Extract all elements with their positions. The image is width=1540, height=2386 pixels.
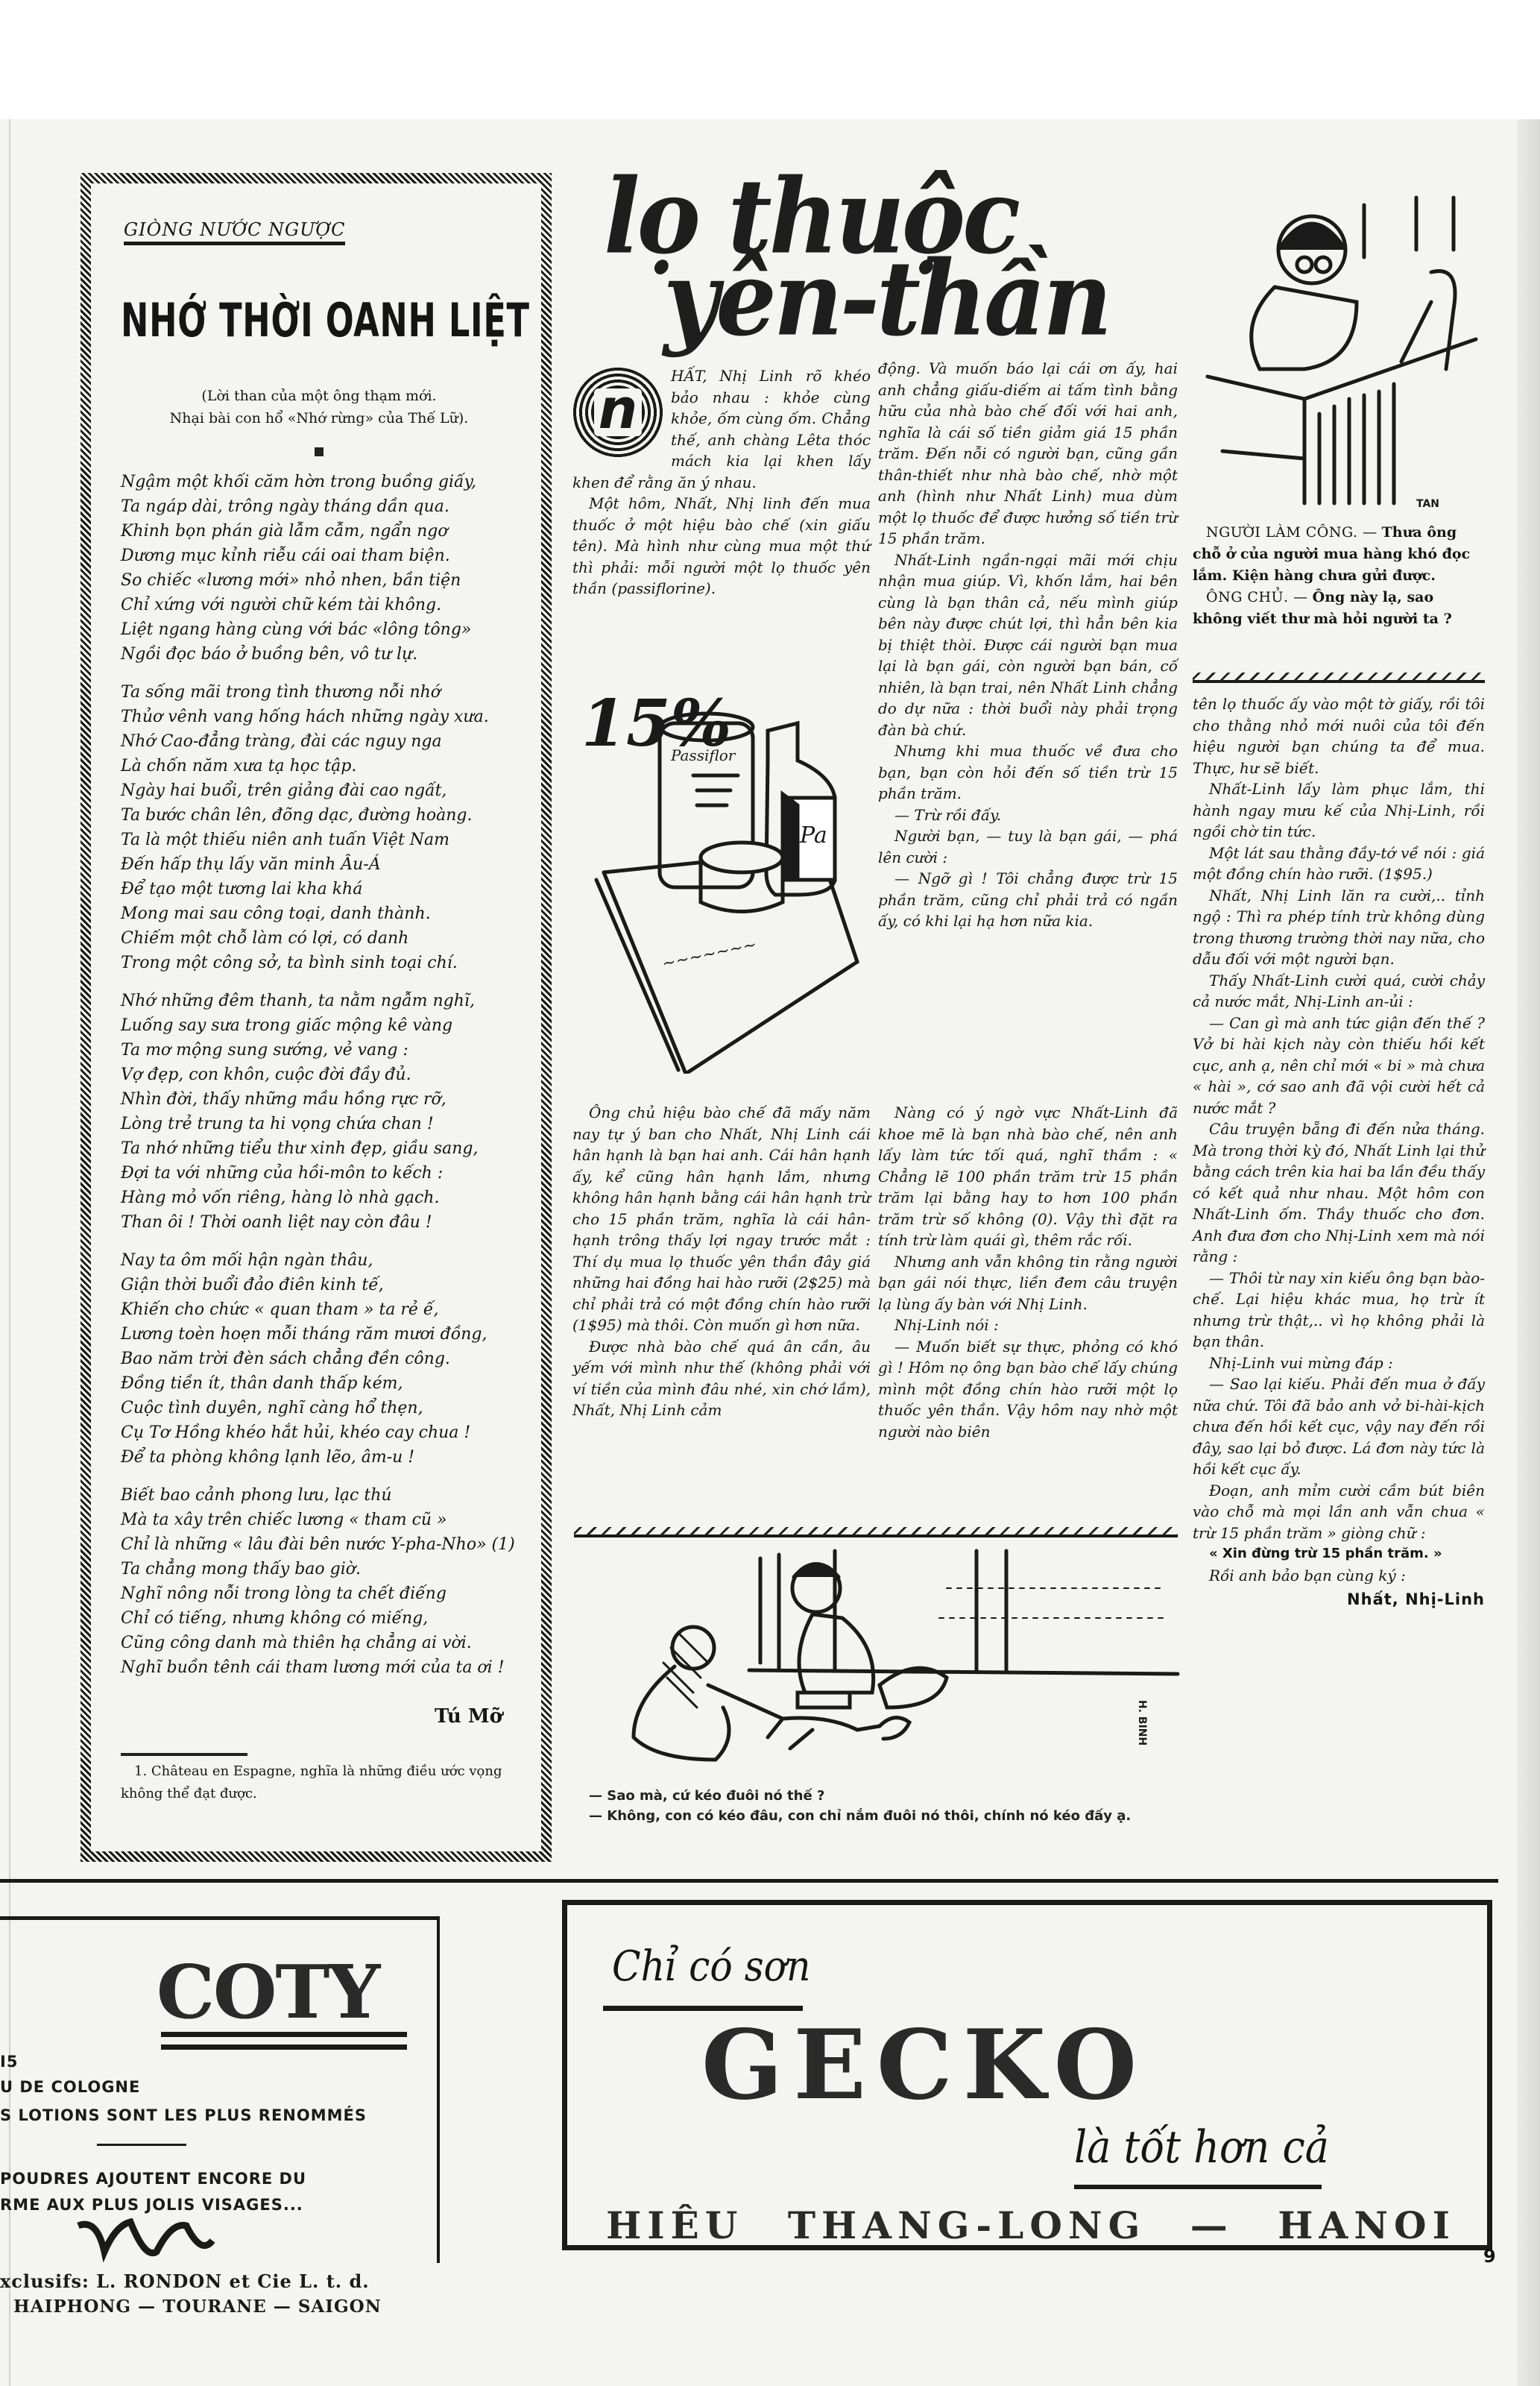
poem-line: Cụ Tơ Hồng khéo hắt hủi, khéo cay chua ! bbox=[121, 1420, 517, 1445]
poem-line: Để tạo một tương lai kha khá bbox=[121, 877, 517, 901]
cat-tail-cartoon: H. BINH bbox=[589, 1543, 1185, 1782]
poem-line: Đồng tiền ít, thân danh thấp kém, bbox=[121, 1371, 517, 1396]
poem-line: Ta mơ mộng sung sướng, vẻ vang : bbox=[121, 1038, 517, 1063]
poem-line: Ta chẳng mong thấy bao giờ. bbox=[121, 1557, 517, 1581]
cat-illustration-icon: H. BINH bbox=[589, 1543, 1185, 1782]
cat-cartoon-caption: — Sao mà, cứ kéo đuôi nó thế ? — Không, … bbox=[589, 1786, 1185, 1826]
story-paragraph: Một lát sau thằng đầy-tớ về nói : giá mộ… bbox=[1193, 843, 1485, 885]
coty-ad-line: RME AUX PLUS JOLIS VISAGES... bbox=[0, 2196, 303, 2214]
poem-line: Chỉ có tiếng, nhưng không có miếng, bbox=[121, 1606, 517, 1631]
poem-line: Luống say sưa trong giấc mộng kê vàng bbox=[121, 1013, 517, 1038]
story-paragraph: Nhưng anh vẫn không tin rằng người bạn g… bbox=[878, 1251, 1178, 1315]
gecko-tagline: là tốt hơn cả bbox=[1074, 2121, 1329, 2173]
poem-line: Mà ta xây trên chiếc lương « tham cũ » bbox=[121, 1508, 517, 1532]
medicine-jars-illustration: 15% Passiflor Pa ~~~~~~~ bbox=[574, 656, 872, 1074]
medicine-bottle-icon: 15% Passiflor Pa ~~~~~~~ bbox=[574, 656, 872, 1074]
story-column-1: n HẤT, Nhị Linh rõ khéo bảo nhau : khỏe … bbox=[572, 365, 871, 599]
poem-stanza: Ngậm một khối căm hờn trong buồng giấy,T… bbox=[121, 470, 517, 667]
poem-line: Nhìn đời, thấy những mầu hồng rực rỡ, bbox=[121, 1087, 517, 1112]
story-title-line-2: yên-thần bbox=[663, 239, 1109, 359]
poem-line: Đợi ta với những của hồi-môn to kếch : bbox=[121, 1161, 517, 1186]
coty-logo: COTY bbox=[157, 1950, 379, 2036]
poem-line: Chỉ là những « lâu đài bên nước Y-pha-Nh… bbox=[121, 1532, 517, 1557]
poem-line: Ngậm một khối căm hờn trong buồng giấy, bbox=[121, 470, 517, 494]
gecko-address-part: HANOI bbox=[1278, 2203, 1456, 2247]
poem-line: Nhớ những đêm thanh, ta nằm ngẫm nghĩ, bbox=[121, 989, 517, 1013]
story-paragraph: — Can gì mà anh tức giận đến thế ? Vở bi… bbox=[1193, 1013, 1485, 1119]
poem-line: Nghĩ buồn tênh cái tham lương mới của ta… bbox=[121, 1655, 517, 1680]
poem-line: Chiếm một chỗ làm có lợi, có danh bbox=[121, 926, 517, 951]
shop-cartoon: TAN bbox=[1193, 175, 1491, 514]
story-paragraph: Nàng có ý ngờ vực Nhất-Linh đã khoe mẽ l… bbox=[878, 1102, 1178, 1251]
caption-line: — Sao mà, cứ kéo đuôi nó thế ? bbox=[589, 1786, 1185, 1806]
poem-box: GIÒNG NƯỚC NGƯỢC NHỚ THỜI OANH LIỆT (Lời… bbox=[81, 173, 552, 1862]
poem-line: Ta ngáp dài, trông ngày tháng dần qua. bbox=[121, 494, 517, 519]
coty-rule bbox=[161, 2045, 407, 2050]
story-paragraph: — Muốn biết sự thực, phỏng có khó gì ! H… bbox=[878, 1336, 1178, 1443]
story-paragraph: động. Và muốn báo lại cái ơn ấy, hai anh… bbox=[878, 358, 1178, 550]
poem-line: Thủơ vênh vang hống hách những ngày xưa. bbox=[121, 705, 517, 729]
svg-text:Pa: Pa bbox=[799, 822, 827, 849]
svg-text:TAN: TAN bbox=[1416, 498, 1439, 510]
story-paragraph: — Ngỡ gì ! Tôi chẳng được trừ 15 phần tr… bbox=[878, 868, 1178, 932]
story-paragraph: Đoạn, anh mỉm cười cầm bút biên vào chỗ … bbox=[1193, 1480, 1485, 1544]
story-column-1-bottom: Ông chủ hiệu bào chế đã mấy năm nay tự ý… bbox=[572, 1102, 871, 1421]
section-divider bbox=[0, 1879, 1498, 1883]
coty-rule bbox=[161, 2032, 407, 2037]
poem-line: Vợ đẹp, con khôn, cuộc đời đầy đủ. bbox=[121, 1063, 517, 1087]
svg-text:~~~~~~~: ~~~~~~~ bbox=[660, 936, 758, 974]
svg-text:Passiflor: Passiflor bbox=[670, 746, 736, 764]
poem-stanza: Nay ta ôm mối hận ngàn thâu,Giận thời bu… bbox=[121, 1248, 517, 1470]
story-paragraph: — Sao lại kiếu. Phải đến mua ở đấy nữa c… bbox=[1193, 1373, 1485, 1480]
poem-line: Cũng công danh mà thiên hạ chẳng ai vời. bbox=[121, 1631, 517, 1655]
story-paragraph: Nhị-Linh vui mừng đáp : bbox=[1193, 1353, 1485, 1374]
story-paragraph: Rồi anh bảo bạn cùng ký : bbox=[1193, 1565, 1485, 1587]
poem-subtitle: (Lời than của một ông thạm mới. Nhại bài… bbox=[121, 385, 517, 429]
poem-line: Ta nhớ những tiểu thư xinh đẹp, giầu san… bbox=[121, 1136, 517, 1161]
gecko-rule bbox=[1074, 2185, 1322, 2189]
poem-line: Liệt ngang hàng cùng với bác «lông tông» bbox=[121, 617, 517, 642]
poem-line: Lương toèn hoẹn mỗi tháng răm mươi đồng, bbox=[121, 1322, 517, 1347]
poem-line: Đến hấp thụ lấy văn minh Âu-Á bbox=[121, 852, 517, 877]
coty-ad-line: U DE COLOGNE bbox=[0, 2078, 140, 2096]
story-paragraph: Nhất-Linh lấy làm phục lắm, thi hành nga… bbox=[1193, 778, 1485, 843]
story-paragraph: Nhất-Linh ngần-ngại mãi mới chịu nhận mu… bbox=[878, 550, 1178, 741]
coty-divider bbox=[97, 2144, 186, 2146]
story-paragraph: Nhị-Linh nói : bbox=[878, 1315, 1178, 1336]
poem-stanza: Ta sống mãi trong tình thương nỗi nhớThủ… bbox=[121, 680, 517, 975]
poem-line: Nghĩ nông nỗi trong lòng ta chết điếng bbox=[121, 1581, 517, 1606]
poem-line: Là chốn năm xưa tạ học tập. bbox=[121, 754, 517, 778]
poem-line: Dương mục kỉnh riễu cái oai tham biện. bbox=[121, 544, 517, 568]
coty-swash-icon bbox=[75, 2218, 216, 2263]
poem-section-heading: GIÒNG NƯỚC NGƯỢC bbox=[124, 219, 345, 245]
story-paragraph: Thấy Nhất-Linh cười quá, cười chảy cả nư… bbox=[1193, 970, 1485, 1013]
shopkeeper-illustration-icon: TAN bbox=[1193, 175, 1491, 514]
story-paragraph: — Trừ rồi đấy. bbox=[878, 805, 1178, 826]
gecko-address-part: HIÊU bbox=[606, 2203, 743, 2247]
story-column-2-bottom: Nàng có ý ngờ vực Nhất-Linh đã khoe mẽ l… bbox=[878, 1102, 1178, 1442]
coty-advertisement: COTY I5 U DE COLOGNE S LOTIONS SONT LES … bbox=[0, 1916, 440, 2263]
poem-line: Lòng trẻ trung ta hi vọng chứa chan ! bbox=[121, 1112, 517, 1136]
scan-margin-top bbox=[0, 0, 1540, 119]
poem-footnote: 1. Château en Espagne, nghĩa là những đi… bbox=[121, 1760, 517, 1805]
poem-line: Nay ta ôm mối hận ngàn thâu, bbox=[121, 1248, 517, 1273]
scan-margin-right bbox=[1518, 119, 1540, 2386]
poem-line: Nhớ Cao-đẳng tràng, đài các nguy nga bbox=[121, 729, 517, 754]
poem-line: Than ôi ! Thời oanh liệt nay còn đâu ! bbox=[121, 1210, 517, 1235]
poem-line: Cuộc tình duyên, nghĩ càng hổ thẹn, bbox=[121, 1396, 517, 1420]
story-paragraph: tên lọ thuốc ấy vào một tờ giấy, rồi tôi… bbox=[1193, 693, 1485, 778]
story-title: lọ thuộc yên-thần bbox=[589, 169, 1170, 355]
poem-line: Để ta phòng không lạnh lẽo, âm-u ! bbox=[121, 1445, 517, 1470]
story-paragraph: Được nhà bào chế quá ân cần, âu yếm với … bbox=[572, 1336, 871, 1421]
poem-body: Ngậm một khối căm hờn trong buồng giấy,T… bbox=[121, 470, 517, 1680]
poem-stanza: Biết bao cảnh phong lưu, lạc thúMà ta xâ… bbox=[121, 1483, 517, 1680]
story-column-2: động. Và muốn báo lại cái ơn ấy, hai anh… bbox=[878, 358, 1178, 932]
svg-text:H. BINH: H. BINH bbox=[1136, 1700, 1148, 1746]
poem-line: Ta sống mãi trong tình thương nỗi nhớ bbox=[121, 680, 517, 705]
poem-stanza: Nhớ những đêm thanh, ta nằm ngẫm nghĩ,Lu… bbox=[121, 989, 517, 1235]
poem-line: So chiếc «lương mới» nhỏ nhen, bần tiện bbox=[121, 568, 517, 593]
poem-line: Ngồi đọc báo ở buồng bên, vô tư lự. bbox=[121, 642, 517, 667]
story-paragraph: Câu truyện bẵng đi đến nửa tháng. Mà tro… bbox=[1193, 1118, 1485, 1268]
story-column-3: tên lọ thuốc ấy vào một tờ giấy, rồi tôi… bbox=[1193, 693, 1485, 1611]
story-paragraph: Một hôm, Nhất, Nhị linh đến mua thuốc ở … bbox=[572, 493, 871, 599]
caption-line: — Không, con có kéo đâu, con chỉ nắm đuô… bbox=[589, 1806, 1185, 1826]
story-paragraph: — Thôi từ nay xin kiếu ông bạn bào-chế. … bbox=[1193, 1268, 1485, 1353]
gecko-lead: Chỉ có sơn bbox=[612, 1942, 810, 1991]
shop-cartoon-caption: NGƯỜI LÀM CÔNG. — Thưa ông chỗ ở của ngư… bbox=[1193, 522, 1485, 630]
poem-subtitle-line: (Lời than của một ông thạm mới. bbox=[121, 385, 517, 407]
poem-line: Ta là một thiếu niên anh tuấn Việt Nam bbox=[121, 828, 517, 852]
poem-line: Khinh bọn phán già lẫm cẫm, ngẩn ngơ bbox=[121, 519, 517, 544]
poem-line: Chỉ xứng với người chữ kém tài không. bbox=[121, 593, 517, 617]
poem-line: Ta bước chân lên, đõng dạc, đường hoàng. bbox=[121, 803, 517, 828]
poem-line: Hàng mỏ vốn riêng, hàng lò nhà gạch. bbox=[121, 1186, 517, 1210]
divider-zigzag bbox=[574, 1527, 1178, 1537]
story-paragraph: Ông chủ hiệu bào chế đã mấy năm nay tự ý… bbox=[572, 1102, 871, 1336]
page-number: 9 bbox=[1483, 2246, 1496, 2267]
dropcap-n-icon: n bbox=[572, 367, 663, 458]
ornament-square-icon bbox=[315, 447, 324, 456]
coty-ad-line: I5 bbox=[0, 2053, 18, 2071]
poem-title: NHỚ THỜI OANH LIỆT bbox=[121, 293, 406, 347]
poem-line: Khiến cho chức « quan tham » ta rẻ ế, bbox=[121, 1297, 517, 1322]
poem-line: Giận thời buổi đảo điên kinh tế, bbox=[121, 1273, 517, 1297]
poem-line: Trong một công sở, ta bình sinh toại chí… bbox=[121, 951, 517, 975]
poem-line: Ngày hai buổi, trên giảng đài cao ngất, bbox=[121, 778, 517, 803]
poem-line: Bao năm trời đèn sách chẳng đền công. bbox=[121, 1347, 517, 1371]
poem-author: Tú Mỡ bbox=[121, 1705, 502, 1728]
story-inscription: « Xin đừng trừ 15 phần trăm. » bbox=[1193, 1543, 1485, 1565]
story-paragraph: Nhất, Nhị Linh lăn ra cười,.. tỉnh ngộ :… bbox=[1193, 885, 1485, 970]
poem-line: Mong mai sau công toại, danh thành. bbox=[121, 901, 517, 926]
story-paragraph: Người bạn, — tuy là bạn gái, — phá lên c… bbox=[878, 825, 1178, 868]
poem-subtitle-line: Nhại bài con hổ «Nhớ rừng» của Thế Lữ). bbox=[121, 407, 517, 429]
dialogue-line: NGƯỜI LÀM CÔNG. — Thưa ông chỗ ở của ngư… bbox=[1193, 522, 1485, 587]
gecko-address: HIÊU THANG-LONG — HANOI bbox=[606, 2203, 1456, 2247]
coty-cities: HAIPHONG — TOURANE — SAIGON bbox=[13, 2297, 382, 2317]
coty-distributor: xclusifs: L. RONDON et Cie L. t. d. bbox=[0, 2270, 370, 2292]
story-paragraph: Nhưng khi mua thuốc về đưa cho bạn, bạn … bbox=[878, 740, 1178, 805]
footnote-divider bbox=[121, 1753, 247, 1756]
poem-line: Biết bao cảnh phong lưu, lạc thú bbox=[121, 1483, 517, 1508]
dialogue-line: ÔNG CHỦ. — Ông này lạ, sao không viết th… bbox=[1193, 587, 1485, 630]
divider-zigzag bbox=[1193, 673, 1485, 683]
gecko-brand: GECKO bbox=[701, 2009, 1147, 2121]
coty-ad-line: POUDRES AJOUTENT ENCORE DU bbox=[0, 2170, 306, 2188]
gecko-address-part: THANG-LONG bbox=[788, 2203, 1146, 2247]
gecko-advertisement: Chỉ có sơn GECKO là tốt hơn cả HIÊU THAN… bbox=[562, 1900, 1492, 2250]
gecko-address-part: — bbox=[1190, 2203, 1234, 2247]
story-signature: Nhất, Nhị-Linh bbox=[1193, 1589, 1485, 1611]
coty-ad-line: S LOTIONS SONT LES PLUS RENOMMÉS bbox=[0, 2106, 367, 2124]
